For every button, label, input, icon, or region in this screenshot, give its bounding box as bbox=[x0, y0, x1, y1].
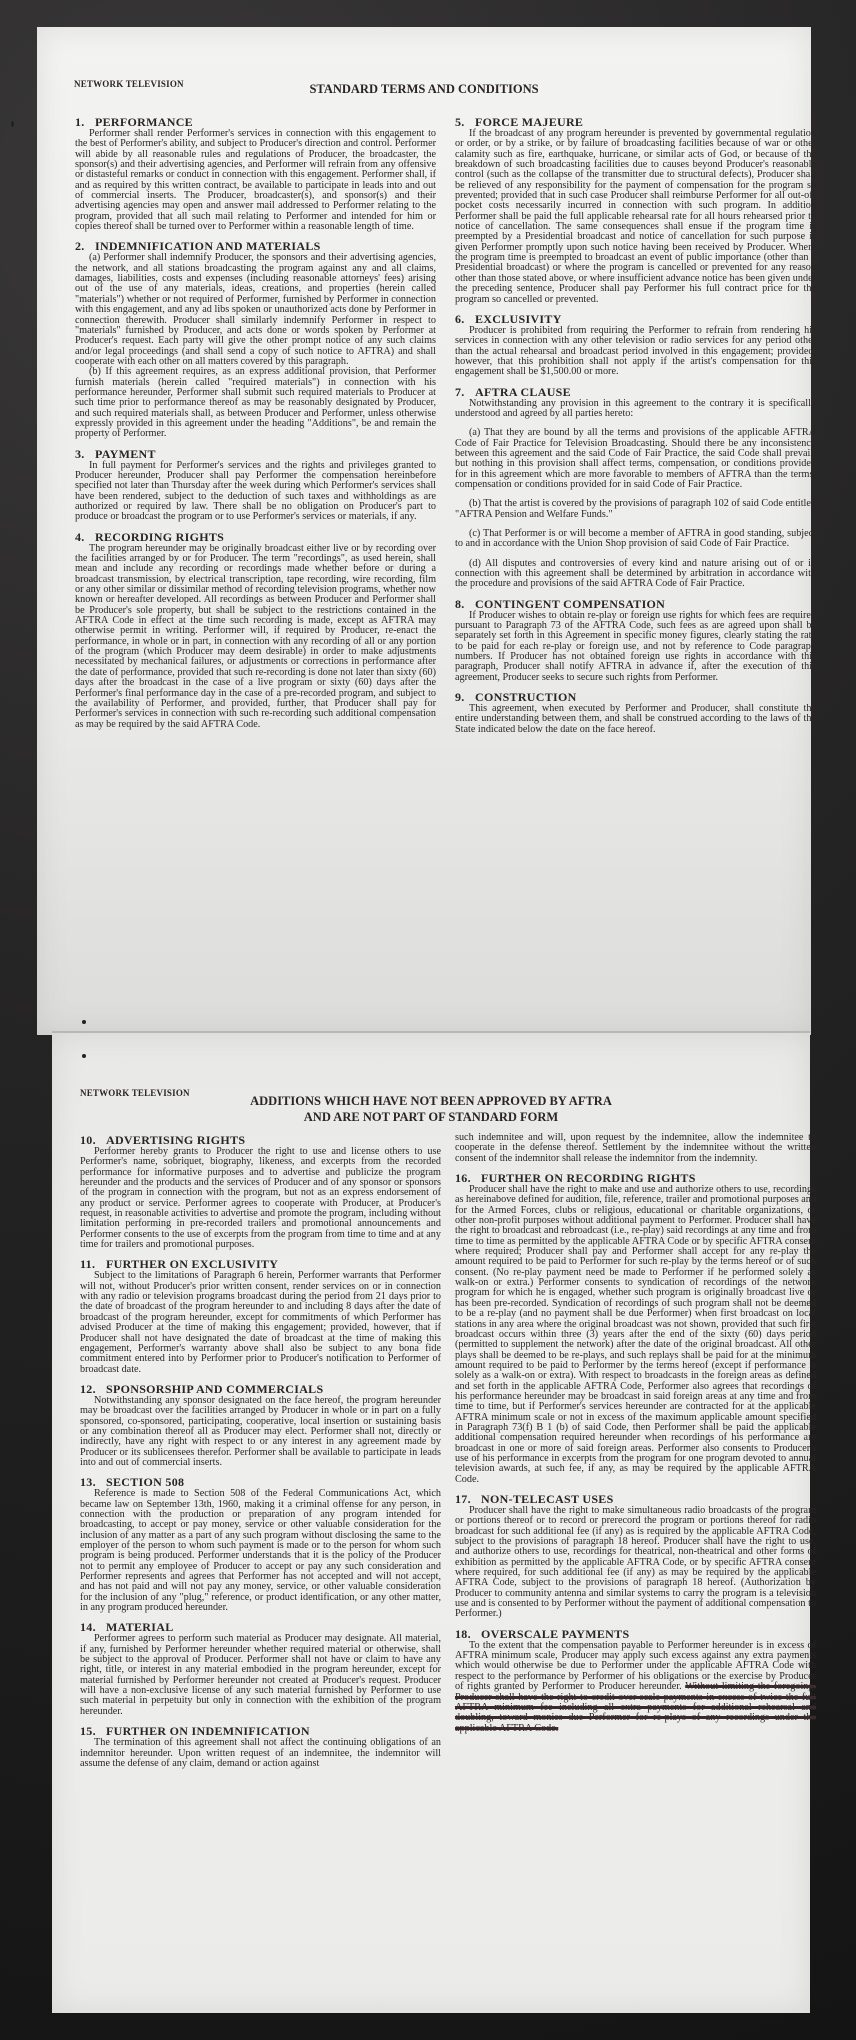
section-number: 11. bbox=[80, 1257, 106, 1271]
section-number: 10. bbox=[80, 1133, 106, 1147]
section-construction: 9.CONSTRUCTIONThis agreement, when execu… bbox=[455, 690, 816, 735]
section-heading: 12.SPONSORSHIP AND COMMERCIALS bbox=[80, 1382, 441, 1396]
section-performance: 1.PERFORMANCEPerformer shall render Perf… bbox=[75, 115, 436, 232]
section-paragraph: (d) All disputes and controversies of ev… bbox=[455, 559, 816, 590]
section-paragraph: Notwithstanding any provision in this ag… bbox=[455, 399, 816, 420]
section-heading: 1.PERFORMANCE bbox=[75, 115, 436, 129]
left-column: 1.PERFORMANCEPerformer shall render Perf… bbox=[75, 115, 436, 737]
section-further-on-indemnification: 15.FURTHER ON INDEMNIFICATIONThe termina… bbox=[80, 1724, 441, 1769]
section-section-508: 13.SECTION 508Reference is made to Secti… bbox=[80, 1475, 441, 1613]
page-title-additions: ADDITIONS WHICH HAVE NOT BEEN APPROVED B… bbox=[52, 1093, 810, 1125]
title-line-2: AND ARE NOT PART OF STANDARD FORM bbox=[52, 1109, 810, 1125]
section-heading: 6.EXCLUSIVITY bbox=[455, 312, 816, 326]
section-number: 1. bbox=[75, 115, 95, 129]
section-title: FURTHER ON EXCLUSIVITY bbox=[106, 1257, 278, 1271]
section-non-telecast-uses: 17.NON-TELECAST USESProducer shall have … bbox=[455, 1492, 816, 1620]
section-overscale-payments: 18.OVERSCALE PAYMENTSTo the extent that … bbox=[455, 1627, 816, 1734]
section-heading: 8.CONTINGENT COMPENSATION bbox=[455, 597, 816, 611]
section-title: PAYMENT bbox=[95, 447, 156, 461]
section-number: 14. bbox=[80, 1620, 106, 1634]
section-title: FURTHER ON RECORDING RIGHTS bbox=[481, 1171, 696, 1185]
section-title: RECORDING RIGHTS bbox=[95, 530, 224, 544]
section-number: 12. bbox=[80, 1382, 106, 1396]
section-title: MATERIAL bbox=[106, 1620, 174, 1634]
section-heading: 10.ADVERTISING RIGHTS bbox=[80, 1133, 441, 1147]
section-title: SECTION 508 bbox=[106, 1475, 184, 1489]
section-further-on-recording-rights: 16.FURTHER ON RECORDING RIGHTSProducer s… bbox=[455, 1171, 816, 1485]
section-paragraph: Performer agrees to perform such materia… bbox=[80, 1634, 441, 1717]
section-paragraph: Notwithstanding any sponsor designated o… bbox=[80, 1396, 441, 1468]
section-force-majeure: 5.FORCE MAJEUREIf the broadcast of any p… bbox=[455, 115, 816, 305]
section-number: 3. bbox=[75, 447, 95, 461]
section-paragraph: If Producer wishes to obtain re-play or … bbox=[455, 611, 816, 683]
section-title: ADVERTISING RIGHTS bbox=[106, 1133, 245, 1147]
section-paragraph: This agreement, when executed by Perform… bbox=[455, 704, 816, 735]
section-contingent-compensation: 8.CONTINGENT COMPENSATIONIf Producer wis… bbox=[455, 597, 816, 683]
section-recording-rights: 4.RECORDING RIGHTSThe program hereunder … bbox=[75, 530, 436, 730]
section-heading: 11.FURTHER ON EXCLUSIVITY bbox=[80, 1257, 441, 1271]
section-payment: 3.PAYMENTIn full payment for Performer's… bbox=[75, 447, 436, 523]
section-number: 16. bbox=[455, 1171, 481, 1185]
section-number: 13. bbox=[80, 1475, 106, 1489]
punch-mark bbox=[82, 1020, 86, 1024]
punch-mark bbox=[82, 1054, 86, 1058]
section-heading: 14.MATERIAL bbox=[80, 1620, 441, 1634]
section-further-on-exclusivity: 11.FURTHER ON EXCLUSIVITYSubject to the … bbox=[80, 1257, 441, 1374]
section-paragraph: To the extent that the compensation paya… bbox=[455, 1641, 816, 1734]
section-number: 4. bbox=[75, 530, 95, 544]
section-title: FURTHER ON INDEMNIFICATION bbox=[106, 1724, 310, 1738]
section-title: AFTRA CLAUSE bbox=[475, 385, 571, 399]
page-title-standard-terms: STANDARD TERMS AND CONDITIONS bbox=[37, 81, 811, 97]
section-heading: 2.INDEMNIFICATION AND MATERIALS bbox=[75, 239, 436, 253]
section-heading: 18.OVERSCALE PAYMENTS bbox=[455, 1627, 816, 1641]
section-number: 9. bbox=[455, 690, 475, 704]
section-number: 15. bbox=[80, 1724, 106, 1738]
section-exclusivity: 6.EXCLUSIVITYProducer is prohibited from… bbox=[455, 312, 816, 378]
section-number: 2. bbox=[75, 239, 95, 253]
section-title: NON-TELECAST USES bbox=[481, 1492, 614, 1506]
section-material: 14.MATERIALPerformer agrees to perform s… bbox=[80, 1620, 441, 1717]
section-paragraph: In full payment for Performer's services… bbox=[75, 461, 436, 523]
section-paragraph: Producer shall have the right to make an… bbox=[455, 1185, 816, 1485]
section-number: 7. bbox=[455, 385, 475, 399]
section-paragraph: Producer shall have the right to make si… bbox=[455, 1506, 816, 1620]
section-number: 17. bbox=[455, 1492, 481, 1506]
section-heading: 17.NON-TELECAST USES bbox=[455, 1492, 816, 1506]
section-heading: 9.CONSTRUCTION bbox=[455, 690, 816, 704]
right-column: 5.FORCE MAJEUREIf the broadcast of any p… bbox=[455, 115, 816, 742]
section-paragraph: Reference is made to Section 508 of the … bbox=[80, 1489, 441, 1613]
section-title: INDEMNIFICATION AND MATERIALS bbox=[95, 239, 321, 253]
section-paragraph: The termination of this agreement shall … bbox=[80, 1738, 441, 1769]
section-title: CONTINGENT COMPENSATION bbox=[475, 597, 665, 611]
section-15-continuation: such indemnitee and will, upon request b… bbox=[455, 1133, 816, 1164]
section-paragraph: Performer shall render Performer's servi… bbox=[75, 129, 436, 232]
section-paragraph: (b) That the artist is covered by the pr… bbox=[455, 499, 816, 520]
section-paragraph: (a) Performer shall indemnify Producer, … bbox=[75, 253, 436, 367]
left-column: 10.ADVERTISING RIGHTSPerformer hereby gr… bbox=[80, 1133, 441, 1776]
section-title: PERFORMANCE bbox=[95, 115, 193, 129]
section-paragraph: such indemnitee and will, upon request b… bbox=[455, 1133, 816, 1164]
section-paragraph: The program hereunder may be originally … bbox=[75, 544, 436, 730]
section-sponsorship-and-commercials: 12.SPONSORSHIP AND COMMERCIALSNotwithsta… bbox=[80, 1382, 441, 1468]
section-number: 18. bbox=[455, 1627, 481, 1641]
section-number: 6. bbox=[455, 312, 475, 326]
contract-page-standard-terms: NETWORK TELEVISION STANDARD TERMS AND CO… bbox=[37, 27, 811, 1035]
section-paragraph: (a) That they are bound by all the terms… bbox=[455, 428, 816, 490]
section-paragraph: If the broadcast of any program hereunde… bbox=[455, 129, 816, 305]
section-heading: 3.PAYMENT bbox=[75, 447, 436, 461]
section-aftra-clause: 7.AFTRA CLAUSENotwithstanding any provis… bbox=[455, 385, 816, 590]
section-title: SPONSORSHIP AND COMMERCIALS bbox=[106, 1382, 323, 1396]
section-heading: 5.FORCE MAJEURE bbox=[455, 115, 816, 129]
section-paragraph: Producer is prohibited from requiring th… bbox=[455, 326, 816, 378]
section-heading: 13.SECTION 508 bbox=[80, 1475, 441, 1489]
contract-page-additions: NETWORK TELEVISION ADDITIONS WHICH HAVE … bbox=[52, 1033, 810, 2013]
edge-mark bbox=[11, 121, 14, 127]
section-advertising-rights: 10.ADVERTISING RIGHTSPerformer hereby gr… bbox=[80, 1133, 441, 1250]
section-title: FORCE MAJEURE bbox=[475, 115, 583, 129]
section-paragraph: (b) If this agreement requires, as an ex… bbox=[75, 367, 436, 439]
section-heading: 15.FURTHER ON INDEMNIFICATION bbox=[80, 1724, 441, 1738]
section-number: 8. bbox=[455, 597, 475, 611]
section-title: EXCLUSIVITY bbox=[475, 312, 562, 326]
section-paragraph: Subject to the limitations of Paragraph … bbox=[80, 1271, 441, 1374]
section-number: 5. bbox=[455, 115, 475, 129]
right-column: such indemnitee and will, upon request b… bbox=[455, 1133, 816, 1741]
section-paragraph: Performer hereby grants to Producer the … bbox=[80, 1147, 441, 1250]
section-heading: 7.AFTRA CLAUSE bbox=[455, 385, 816, 399]
section-paragraph: (c) That Performer is or will become a m… bbox=[455, 529, 816, 550]
section-title: OVERSCALE PAYMENTS bbox=[481, 1627, 629, 1641]
section-heading: 4.RECORDING RIGHTS bbox=[75, 530, 436, 544]
section-indemnification-and-materials: 2.INDEMNIFICATION AND MATERIALS(a) Perfo… bbox=[75, 239, 436, 439]
title-line-1: ADDITIONS WHICH HAVE NOT BEEN APPROVED B… bbox=[52, 1093, 810, 1109]
section-title: CONSTRUCTION bbox=[475, 690, 577, 704]
right-sections: 16.FURTHER ON RECORDING RIGHTSProducer s… bbox=[455, 1171, 816, 1734]
section-heading: 16.FURTHER ON RECORDING RIGHTS bbox=[455, 1171, 816, 1185]
